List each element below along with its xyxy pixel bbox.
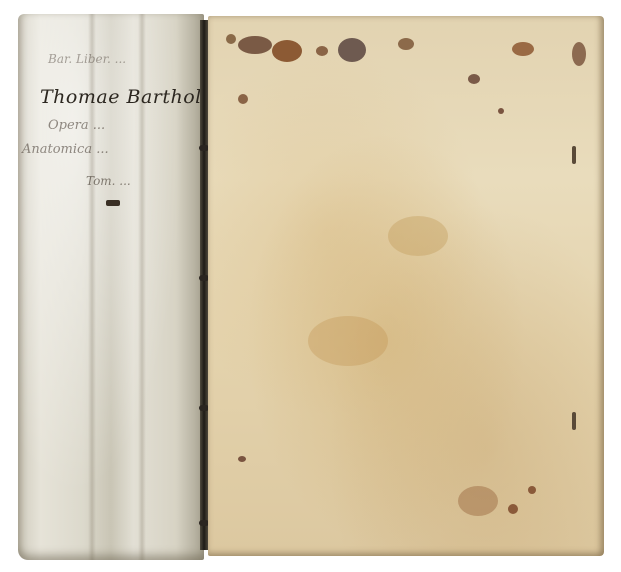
stain-spot — [238, 36, 272, 54]
stain-spot — [468, 74, 480, 84]
stain-spot — [226, 34, 236, 44]
stain-spot — [398, 38, 414, 50]
stain-spot — [528, 486, 536, 494]
stain-patch — [458, 486, 498, 516]
stain-spot — [316, 46, 328, 56]
front-cover — [208, 16, 604, 556]
cover-tear — [572, 412, 576, 430]
spine-label-line: Anatomica ... — [22, 142, 109, 157]
stain-spot — [498, 108, 504, 114]
ink-mark — [106, 200, 120, 206]
stain-spot — [512, 42, 534, 56]
book-spine: Bar. Liber. ... Thomae Bartholini Opera … — [18, 14, 204, 560]
spine-label-line: Bar. Liber. ... — [48, 52, 126, 66]
stain-spot — [338, 38, 366, 62]
stain-spot — [238, 94, 248, 104]
stain-spot — [508, 504, 518, 514]
spine-label-line: Opera ... — [48, 118, 105, 133]
stain-patch — [388, 216, 448, 256]
stain-patch — [308, 316, 388, 366]
stain-spot — [572, 42, 586, 66]
cover-tear — [572, 146, 576, 164]
spine-label-line: Tom. ... — [86, 174, 131, 188]
stain-spot — [238, 456, 246, 462]
stain-spot — [272, 40, 302, 62]
